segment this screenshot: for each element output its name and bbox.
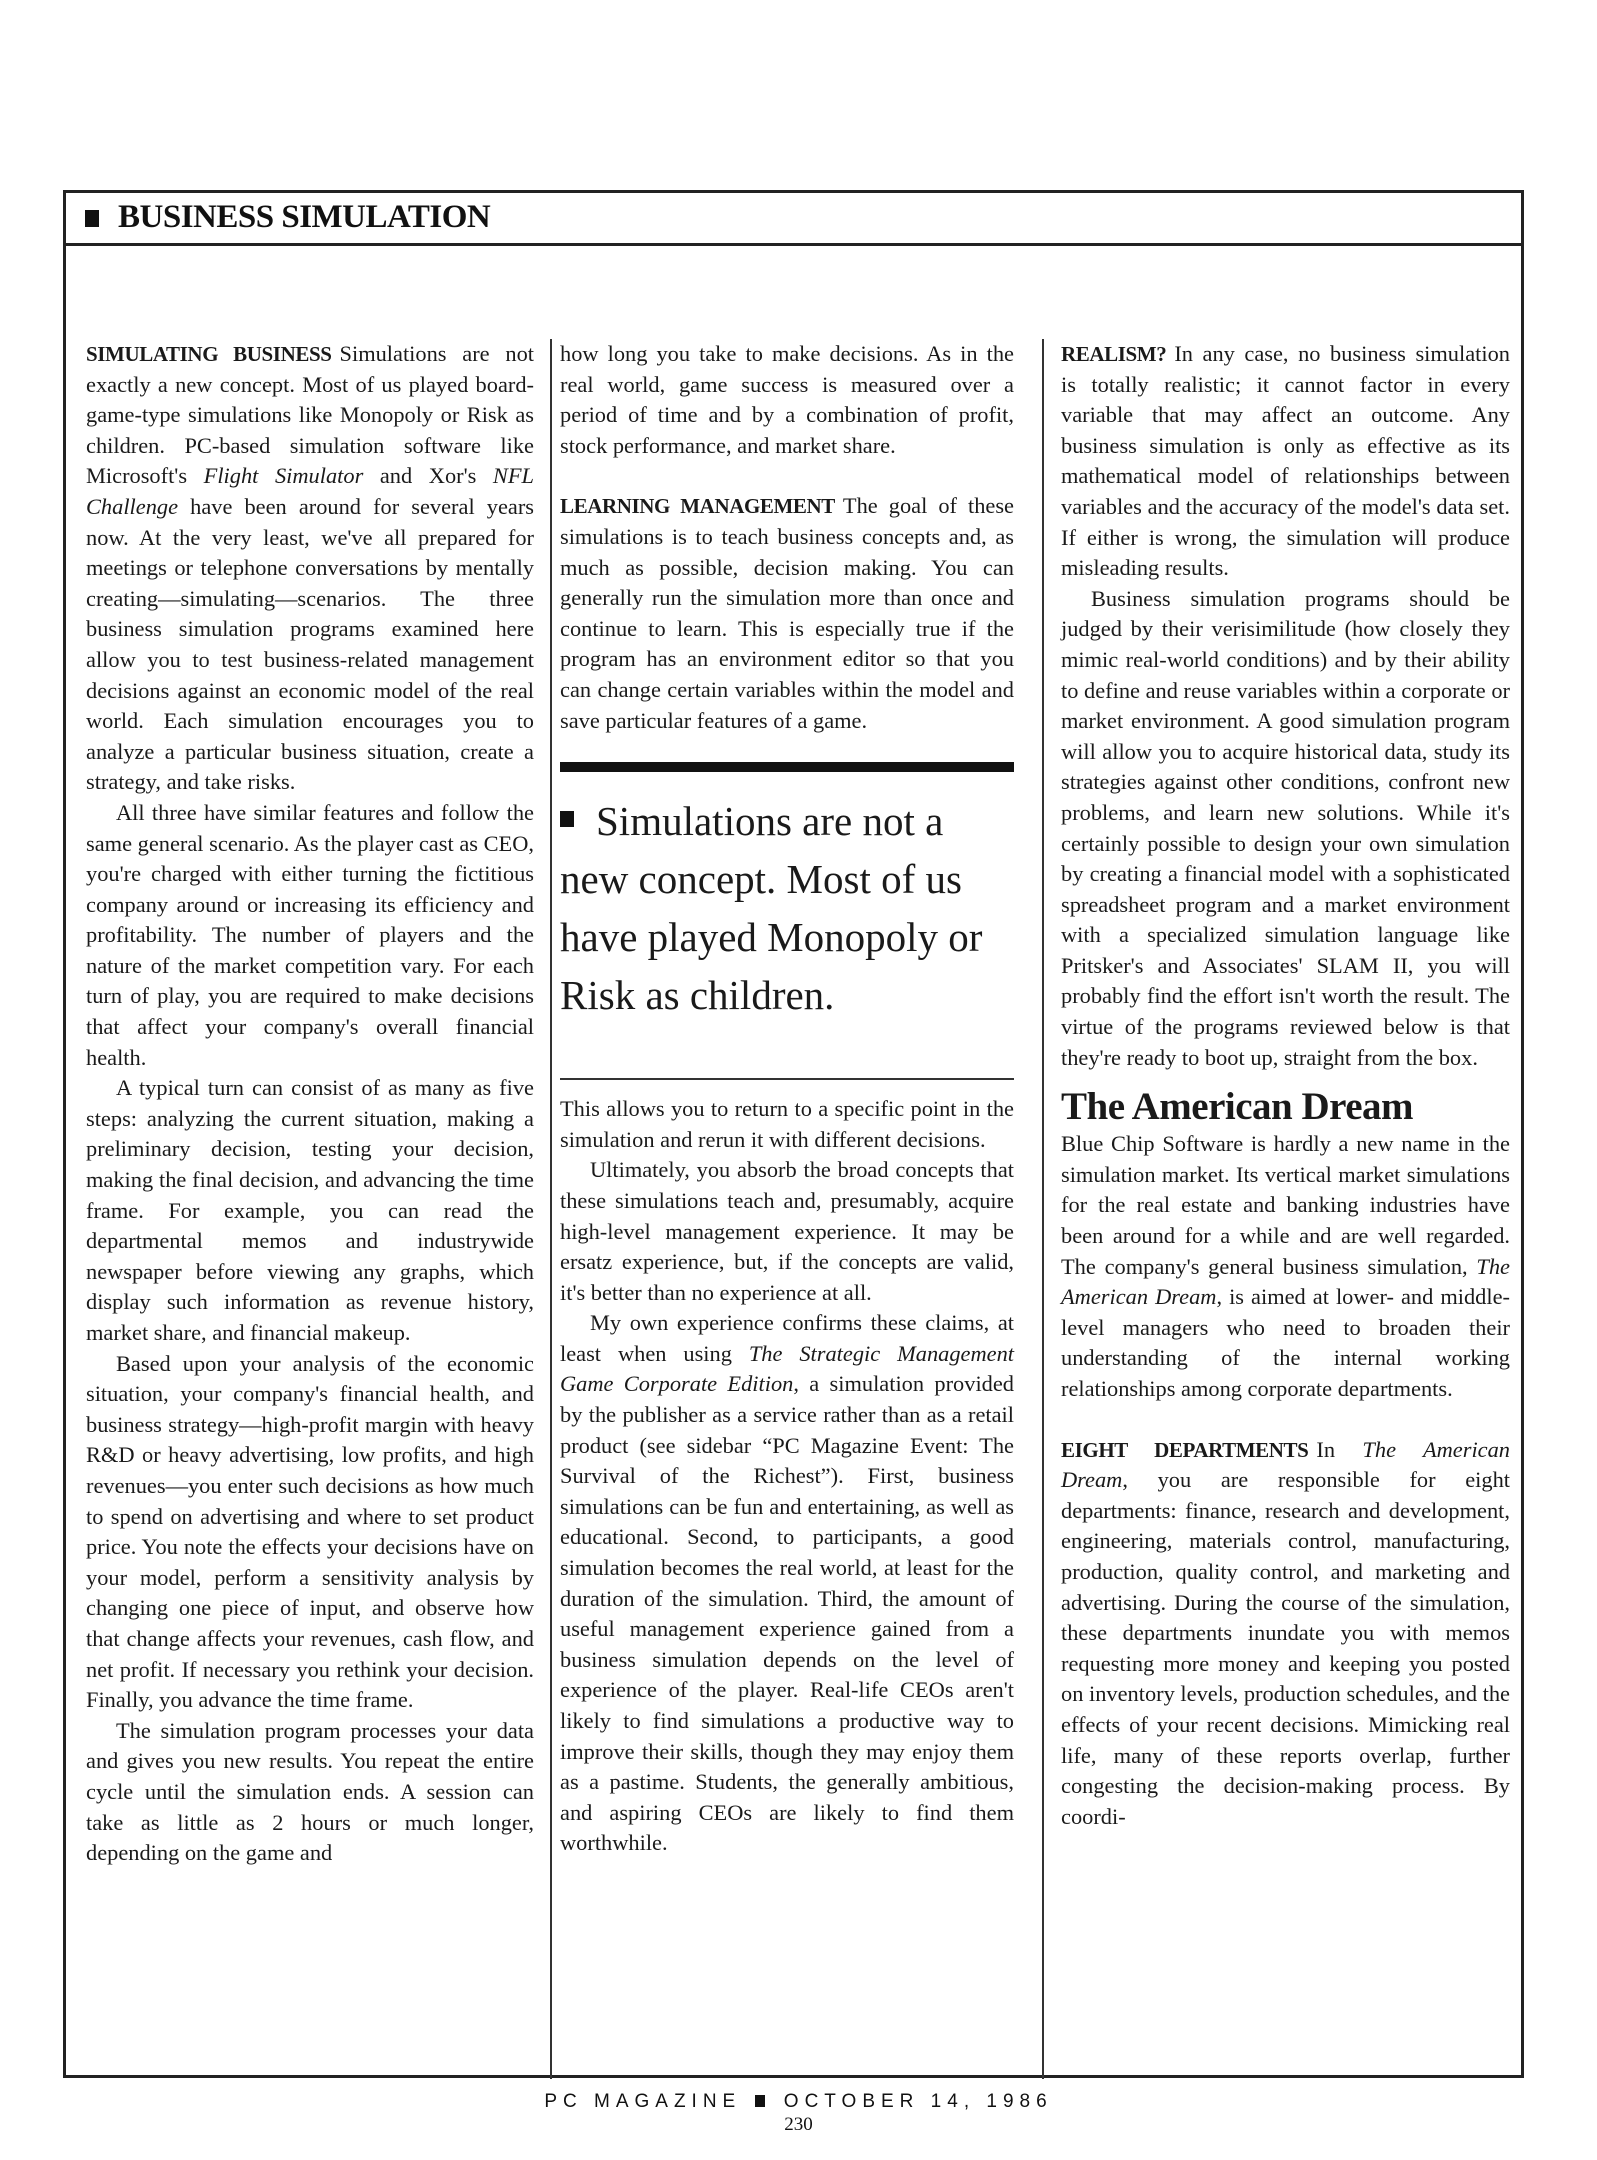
paragraph: Ultimately, you absorb the broad concept… [560, 1155, 1014, 1308]
paragraph: The simulation program processes your da… [86, 1716, 534, 1869]
run-in-head: REALISM? [1061, 342, 1166, 366]
paragraph: A typical turn can consist of as many as… [86, 1073, 534, 1348]
square-bullet-icon [85, 210, 99, 227]
article-frame: BUSINESS SIMULATION SIMULATING BUSINESSS… [63, 190, 1524, 2078]
square-bullet-icon [560, 811, 574, 827]
paragraph: LEARNING MANAGEMENTThe goal of these sim… [560, 491, 1014, 736]
square-bullet-icon [755, 2095, 765, 2107]
paragraph: how long you take to make decisions. As … [560, 339, 1014, 461]
page-footer: PC MAGAZINE OCTOBER 14, 1986 [0, 2091, 1597, 2113]
column-1: SIMULATING BUSINESSSimulations are not e… [86, 339, 534, 1869]
paragraph: All three have similar features and foll… [86, 798, 534, 1073]
column-2: how long you take to make decisions. As … [560, 339, 1014, 1859]
run-in-head: EIGHT DEPARTMENTS [1061, 1438, 1308, 1462]
run-in-head: LEARNING MANAGEMENT [560, 494, 835, 518]
section-title: BUSINESS SIMULATION [118, 199, 490, 236]
subheading: The American Dream [1061, 1085, 1510, 1129]
pull-quote-rule-thin [560, 1078, 1014, 1080]
paragraph: Business simulation programs should be j… [1061, 584, 1510, 1074]
pull-quote: Simulations are not a new concept. Most … [560, 762, 1014, 1080]
page-number: 230 [0, 2114, 1597, 2136]
section-header: BUSINESS SIMULATION [66, 193, 1521, 246]
paragraph: Blue Chip Software is hardly a new name … [1061, 1129, 1510, 1404]
issue-date: OCTOBER 14, 1986 [784, 2091, 1053, 2112]
column-divider [550, 339, 552, 2079]
column-3: REALISM?In any case, no business simulat… [1061, 339, 1510, 1832]
column-divider [1042, 339, 1044, 2079]
paragraph: My own experience confirms these claims,… [560, 1308, 1014, 1859]
publication-name: PC MAGAZINE [544, 2091, 741, 2112]
paragraph: EIGHT DEPARTMENTSIn The American Dream, … [1061, 1435, 1510, 1833]
run-in-head: SIMULATING BUSINESS [86, 342, 332, 366]
paragraph: This allows you to return to a specific … [560, 1094, 1014, 1155]
paragraph: REALISM?In any case, no business simulat… [1061, 339, 1510, 584]
pull-quote-text: Simulations are not a new concept. Most … [560, 798, 982, 1018]
pull-quote-rule-thick [560, 762, 1014, 772]
product-title: Flight Simulator [204, 463, 364, 488]
paragraph: SIMULATING BUSINESSSimulations are not e… [86, 339, 534, 798]
paragraph: Based upon your analysis of the economic… [86, 1349, 534, 1716]
